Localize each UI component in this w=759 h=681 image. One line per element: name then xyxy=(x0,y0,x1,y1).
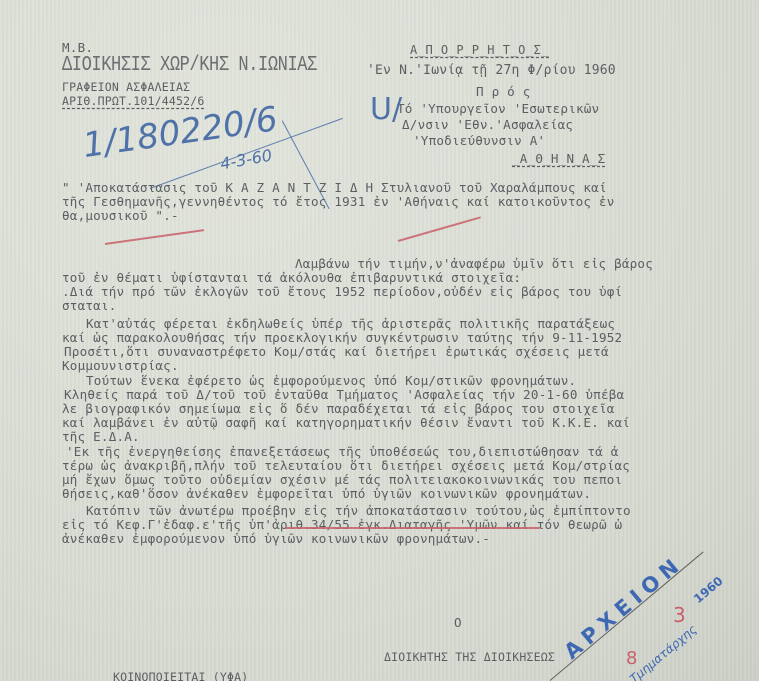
body-line: καί ὡς παρακολουθήσας τήν προεκλογικήν σ… xyxy=(62,332,622,345)
recipient-pros: Π ρ ό ς xyxy=(476,86,530,99)
archive-stamp-subtext: Τμηματάρχης xyxy=(627,622,699,681)
recipient-line1: Τό 'Υπουργεῖον 'Εσωτερικῶν xyxy=(397,103,599,116)
body-line: 'Εκ τῆς ἐνεργηθείσης ἐπανεξετάσεως τῆς ὑ… xyxy=(66,446,619,459)
recipient-line2: Δ/νσιν 'Εθν.'Ασφαλείας xyxy=(402,119,573,132)
recipient-city: _Α_Θ_Η_Ν_Α_Σ xyxy=(512,153,605,166)
header-code: Μ.Β. xyxy=(62,42,93,55)
subject-line-1: " 'Αποκατάστασις τοῦ Κ Α Ζ Α Ν Τ Ζ Ι Δ Η… xyxy=(62,182,607,195)
cc-label: ΚΟΙΝΟΠΟΙΕΙΤΑΙ (ΥΦΑ) xyxy=(113,672,248,681)
body-line: Τούτων ἕνεκα ἐφέρετο ὡς ἐμφορούμενος ὑπό… xyxy=(86,375,576,388)
body-line: σταται. xyxy=(62,300,116,313)
body-line: θήσεις,καθ'ὅσον ἀνέκαθεν ἐμφορεῖται ὑπό … xyxy=(62,488,591,501)
body-line: Κατόπιν τῶν ἀνωτέρω προέβην εἰς τήν ἀποκ… xyxy=(86,505,631,518)
body-line: Λαμβάνω τήν τιμήν,ν'ἀναφέρω ὑμῖν ὅτι εἰς… xyxy=(295,258,653,271)
body-line: .Διά τήν πρό τῶν ἐκλογῶν τοῦ ἔτους 1952 … xyxy=(62,286,622,299)
recipient-line3: 'Υποδιεύθυνσιν Α' xyxy=(413,135,545,148)
body-line: ἀνέκαθεν ἐμφορούμενον ὑπό ὑγιῶν κοινωνικ… xyxy=(62,533,490,546)
body-line: λε βιογραφικόν σημείωμα εἰς ὅ δέν παραδέ… xyxy=(62,403,615,416)
handwritten-initial-mark: U/ xyxy=(370,92,402,127)
classification-label: Α_Π_Ο_Ρ_Ρ_Η_Τ_Ο_Σ_ xyxy=(410,44,549,56)
body-line: εἰς τό Κεφ.Γ'ἐδαφ.ε'τῆς ὑπ'ἀριθ.34/55 ἐγ… xyxy=(62,519,622,532)
archive-month-mark: 3 xyxy=(673,603,686,627)
body-line: τοῦ ἐν θέματι ὑφίστανται τά ἀκόλουθα ἐπι… xyxy=(62,272,521,285)
archive-day-mark: 8 xyxy=(626,648,637,669)
red-underline xyxy=(285,527,540,529)
archive-stamp-year: 1960 xyxy=(691,574,726,606)
protocol-number: ΑΡΙΘ.ΠΡΩΤ.101/4452/6 xyxy=(62,96,204,108)
body-line: τέρω ὡς ἀνακριβῆ,πλήν τοῦ τελευταίου ὅτι… xyxy=(62,460,630,473)
signature-article: Ο xyxy=(454,617,462,630)
body-line: τῆς Ε.Δ.Α. xyxy=(62,431,140,444)
body-line: Κομμουνιστρίας. xyxy=(62,360,179,373)
subject-line-3: θα,μουσικοῦ ".- xyxy=(62,210,179,223)
body-line: Προσέτι,ὅτι συναναστρέφετο Κομ/στάς καί … xyxy=(64,346,609,359)
body-line: μή ἔχων ὅμως τοῦτο οὐδεμίαν σχέσιν μέ τά… xyxy=(62,474,622,487)
red-pencil-mark xyxy=(398,216,481,242)
subject-line-2: τῆς Γεσθημανῆς,γεννηθέντος τό ἔτος 1931 … xyxy=(62,196,615,209)
place-date: 'Εν Ν.'Ιωνίᾳ τῇ 27η Φ/ρίου 1960 xyxy=(367,64,616,77)
red-pencil-mark xyxy=(105,229,204,245)
body-line: Κληθείς παρά τοῦ Δ/τοῦ τοῦ ἐνταῦθα Τμήμα… xyxy=(64,389,624,402)
body-line: Κατ'αὐτάς φέρεται ἐκδηλωθείς ὑπέρ τῆς ἀρ… xyxy=(86,318,615,331)
issuing-office: ΓΡΑΦΕΙΟΝ ΑΣΦΑΛΕΙΑΣ xyxy=(62,82,190,94)
signature-title: ΔΙΟΙΚΗΤΗΣ ΤΗΣ ΔΙΟΙΚΗΣΕΩΣ xyxy=(384,652,555,664)
body-line: καί λαμβάνει ἐν αὐτῷ σαφῆ καί κατηγορημα… xyxy=(62,417,630,430)
issuing-authority: ΔΙΟΙΚΗΣΙΣ ΧΩΡ/ΚΗΣ Ν.ΙΩΝΙΑΣ xyxy=(62,55,317,76)
